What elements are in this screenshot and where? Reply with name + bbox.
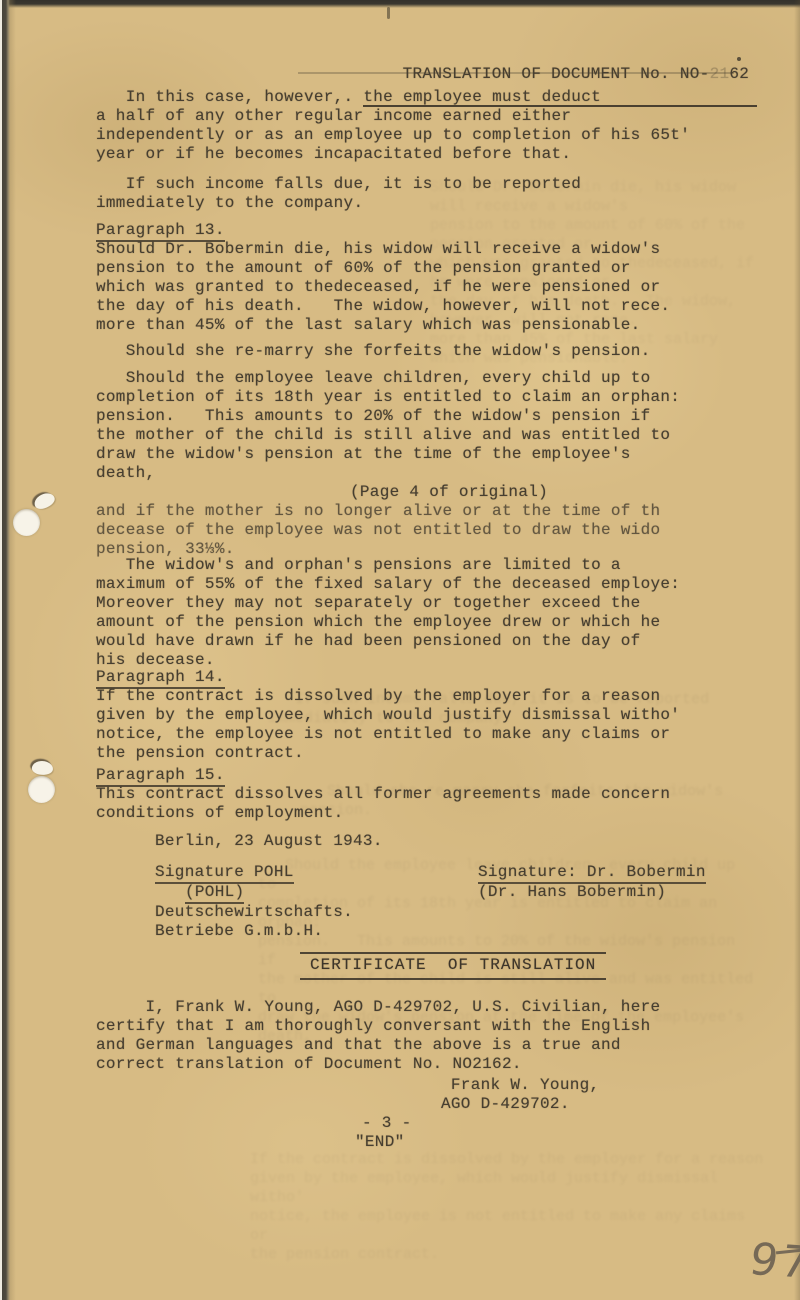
punch-hole [13, 509, 40, 536]
paragraph-orphan-pension: Should the employee leave children, ever… [96, 369, 680, 483]
paragraph-former-agreements: This contract dissolves all former agree… [96, 785, 670, 823]
document-number-faded: 21 [710, 65, 730, 83]
signature-left-paren: (POHL) [185, 883, 244, 902]
heading-paragraph-14: Paragraph 14. [96, 668, 225, 687]
signature-right-paren: (Dr. Hans Bobermin) [478, 883, 666, 902]
end-mark: "END" [355, 1133, 405, 1152]
signature-left-name: Signature POHL [155, 863, 294, 882]
scan-edge-right [794, 0, 800, 1300]
paragraph-remarry: Should she re-marry she forfeits the wid… [96, 342, 651, 361]
paragraph-intro-deduction: In this case, however,. the employee mus… [96, 88, 690, 164]
ghost-text: If the contract is dissolved by the empl… [250, 1150, 770, 1264]
signature-left-paren-text: (POHL) [185, 883, 244, 904]
signature-right-name-text: Signature: Dr. Bobermin [478, 863, 706, 884]
signature-company-line1: Deutschewirtschafts. [155, 903, 353, 922]
dateline: Berlin, 23 August 1943. [155, 832, 383, 851]
page-note-original: (Page 4 of original) [350, 483, 548, 502]
heading-paragraph-15-label: Paragraph 15. [96, 766, 225, 787]
certificate-title: CERTIFICATE OF TRANSLATION [300, 952, 606, 980]
document-title-text: TRANSLATION OF DOCUMENT No. NO- [403, 65, 710, 83]
page-number: - 3 - [362, 1114, 412, 1133]
scan-edge-top [0, 0, 800, 8]
heading-paragraph-14-label: Paragraph 14. [96, 668, 225, 689]
heading-paragraph-13: Paragraph 13. [96, 221, 225, 240]
scan-edge-left [0, 0, 16, 1300]
torn-chad [31, 759, 54, 776]
paragraph-mother-deceased: and if the mother is no longer alive or … [96, 502, 660, 559]
signature-left-name-text: Signature POHL [155, 863, 294, 884]
signature-company-line2: Betriebe G.m.b.H. [155, 922, 323, 941]
heading-paragraph-15: Paragraph 15. [96, 766, 225, 785]
stray-ink-mark-top [387, 7, 390, 19]
handwritten-page-number: 97 [746, 1234, 800, 1289]
paragraph-income-report: If such income falls due, it is to be re… [96, 175, 581, 213]
signature-right-name: Signature: Dr. Bobermin [478, 863, 706, 882]
punch-hole [28, 776, 55, 803]
document-number-end: 62 [729, 65, 749, 83]
certificate-paragraph: I, Frank W. Young, AGO D-429702, U.S. Ci… [96, 998, 660, 1074]
certificate-signature: Frank W. Young, AGO D-429702. [441, 1076, 599, 1114]
scanned-document-page: Should Dr. Bobermin die, his widow will … [0, 0, 800, 1300]
paragraph-pension-limits: The widow's and orphan's pensions are li… [96, 556, 680, 670]
torn-chad [32, 491, 56, 511]
heading-paragraph-13-label: Paragraph 13. [96, 221, 225, 242]
paragraph-contract-dissolution: If the contract is dissolved by the empl… [96, 687, 680, 763]
paragraph-widow-pension: Should Dr. Bobermin die, his widow will … [96, 240, 670, 335]
